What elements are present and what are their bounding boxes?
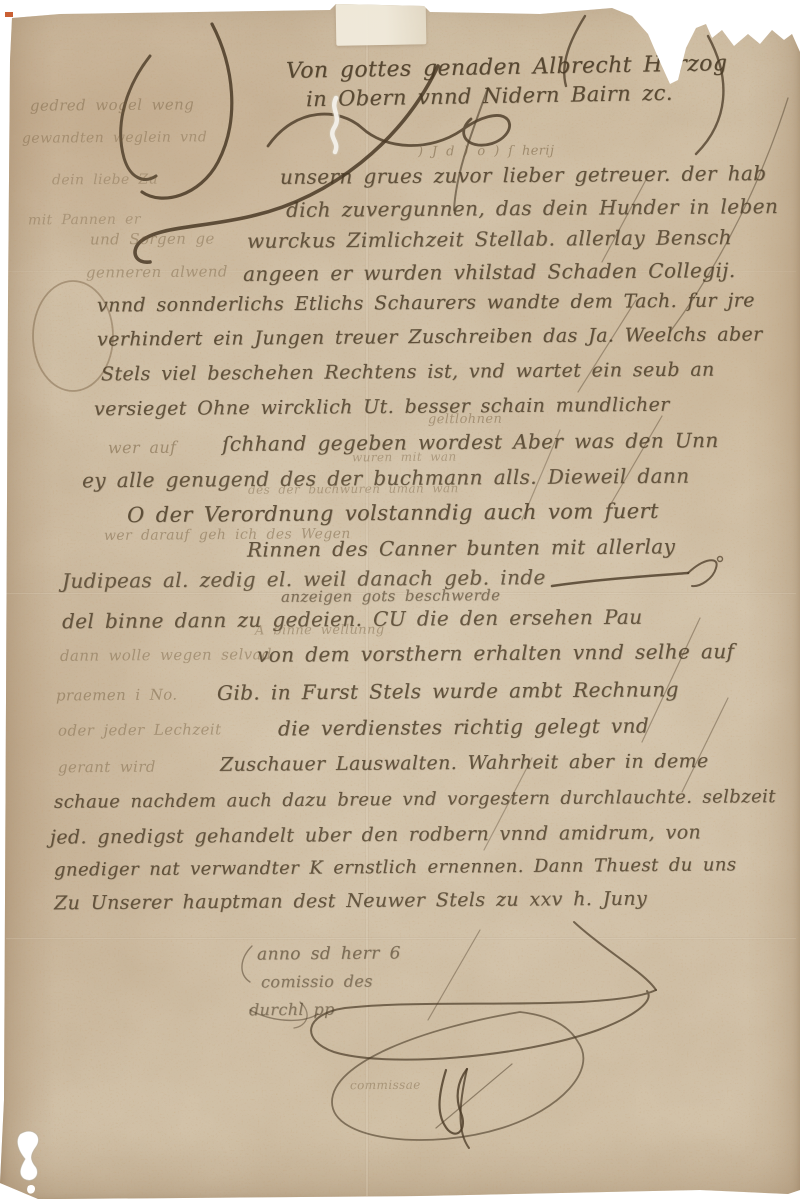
manuscript-line: dich zuvergunnen, das dein Hunder in leb… (286, 194, 778, 222)
subscription-line-1: anno sd herr 6 (257, 943, 401, 964)
underline-flourish (552, 573, 688, 586)
horizontal-crease-3 (6, 937, 796, 940)
manuscript-line: ſchhand gegeben wordest Aber was den Unn (222, 428, 719, 456)
manuscript-line: die verdienstes richtig gelegt vnd (278, 714, 649, 741)
edge-sliver (0, 50, 4, 78)
tear-hole (17, 1131, 38, 1180)
interlinear-note: des der buchwuren uman wan (248, 481, 459, 497)
manuscript-line: Rinnen des Canner bunten mit allerlay (247, 534, 675, 561)
interlinear-note: ) J d ) o ) ſ herij (418, 143, 555, 159)
interlinear-note: wuren mit wan (352, 450, 457, 465)
marginal-note: oder jeder Lechzeit (58, 720, 222, 739)
marginal-note: dann wolle wegen selvad (60, 645, 272, 665)
marginal-bleedthrough-line: mit Pannen er (28, 212, 141, 229)
tear-hole-small (27, 1185, 35, 1194)
heading-line-1: Von gottes genaden Albrecht Herzog (286, 51, 728, 84)
manuscript-page: Von gottes genaden Albrecht Herzog in Ob… (0, 0, 800, 1201)
marginal-note: genneren alwend (86, 262, 228, 281)
manuscript-line: gnediger nat verwandter K ernstlich erne… (54, 854, 737, 880)
subscription-curl-1 (242, 946, 252, 982)
signature-crossstroke (436, 1064, 512, 1128)
marginal-note: gerant wird (58, 758, 156, 777)
manuscript-line: verhindert ein Jungen treuer Zuschreiben… (97, 323, 763, 350)
flourish-figure-eight (268, 114, 510, 146)
signature-note: commissae (350, 1078, 421, 1093)
manuscript-line: Gib. in Furst Stels wurde ambt Rechnung (217, 677, 679, 705)
marginal-note: wer auf (108, 438, 177, 458)
manuscript-line: jed. gnedigst gehandelt uber den rodbern… (50, 821, 701, 848)
marginal-bleedthrough-line: gedred wogel weng (30, 95, 194, 114)
subscription-line-2: comissio des (261, 972, 373, 992)
marginal-note: praemen i No. (56, 686, 178, 705)
manuscript-line: angeen er wurden vhilstad Schaden Colleg… (243, 258, 736, 286)
manuscript-line: Zu Unserer hauptman dest Neuwer Stels zu… (54, 888, 647, 915)
manuscript-line: O der Verordnung volstanndig auch vom fu… (127, 499, 659, 527)
hairline-7 (682, 698, 728, 792)
manuscript-line: vnnd sonnderlichs Etlichs Schaurers wand… (97, 289, 755, 316)
marginal-note: und Sorgen ge (90, 230, 215, 249)
manuscript-line: anzeigen gots beschwerde (281, 586, 501, 606)
paraph-loop-2 (332, 1012, 583, 1140)
manuscript-line: von dem vorsthern erhalten vnnd selhe au… (257, 639, 735, 667)
marginal-bleedthrough-line: dein liebe Zu (52, 172, 158, 189)
flourish-top-left-1 (121, 56, 156, 179)
interlinear-note: A binne wellunng (255, 622, 385, 638)
manuscript-line: wurckus Zimlichzeit Stellab. allerlay Be… (247, 225, 732, 253)
marginal-bleedthrough-line: gewandten weglein vnd (22, 129, 207, 146)
signature-paraph (440, 1069, 468, 1134)
hairline-9 (428, 930, 480, 1020)
scanned-manuscript: Von gottes genaden Albrecht Herzog in Ob… (0, 0, 800, 1201)
manuscript-line: unsern grues zuvor lieber getreuer. der … (280, 161, 767, 189)
manuscript-line: Stels viel beschehen Rechtens ist, vnd w… (101, 359, 715, 386)
heading-line-2: in Obern vnnd Nidern Bairn zc. (306, 81, 673, 111)
manuscript-line: versieget Ohne wircklich Ut. besser scha… (94, 394, 670, 421)
manuscript-line: Zuschauer Lauswalten. Wahrheit aber in d… (220, 750, 709, 776)
tape-repair (336, 2, 427, 46)
underline-flourish-dot (718, 557, 723, 562)
paraph-lead (574, 922, 656, 990)
interlinear-note: geltlohnen (428, 412, 502, 428)
subscription-line-3: durchl pp (249, 1000, 335, 1020)
paraph-loop-1 (311, 990, 656, 1060)
signature-descender (461, 1069, 470, 1148)
underline-flourish-curl (688, 560, 717, 586)
manuscript-line: schaue nachdem auch dazu breue vnd vorge… (54, 786, 776, 813)
registration-mark (5, 12, 13, 17)
